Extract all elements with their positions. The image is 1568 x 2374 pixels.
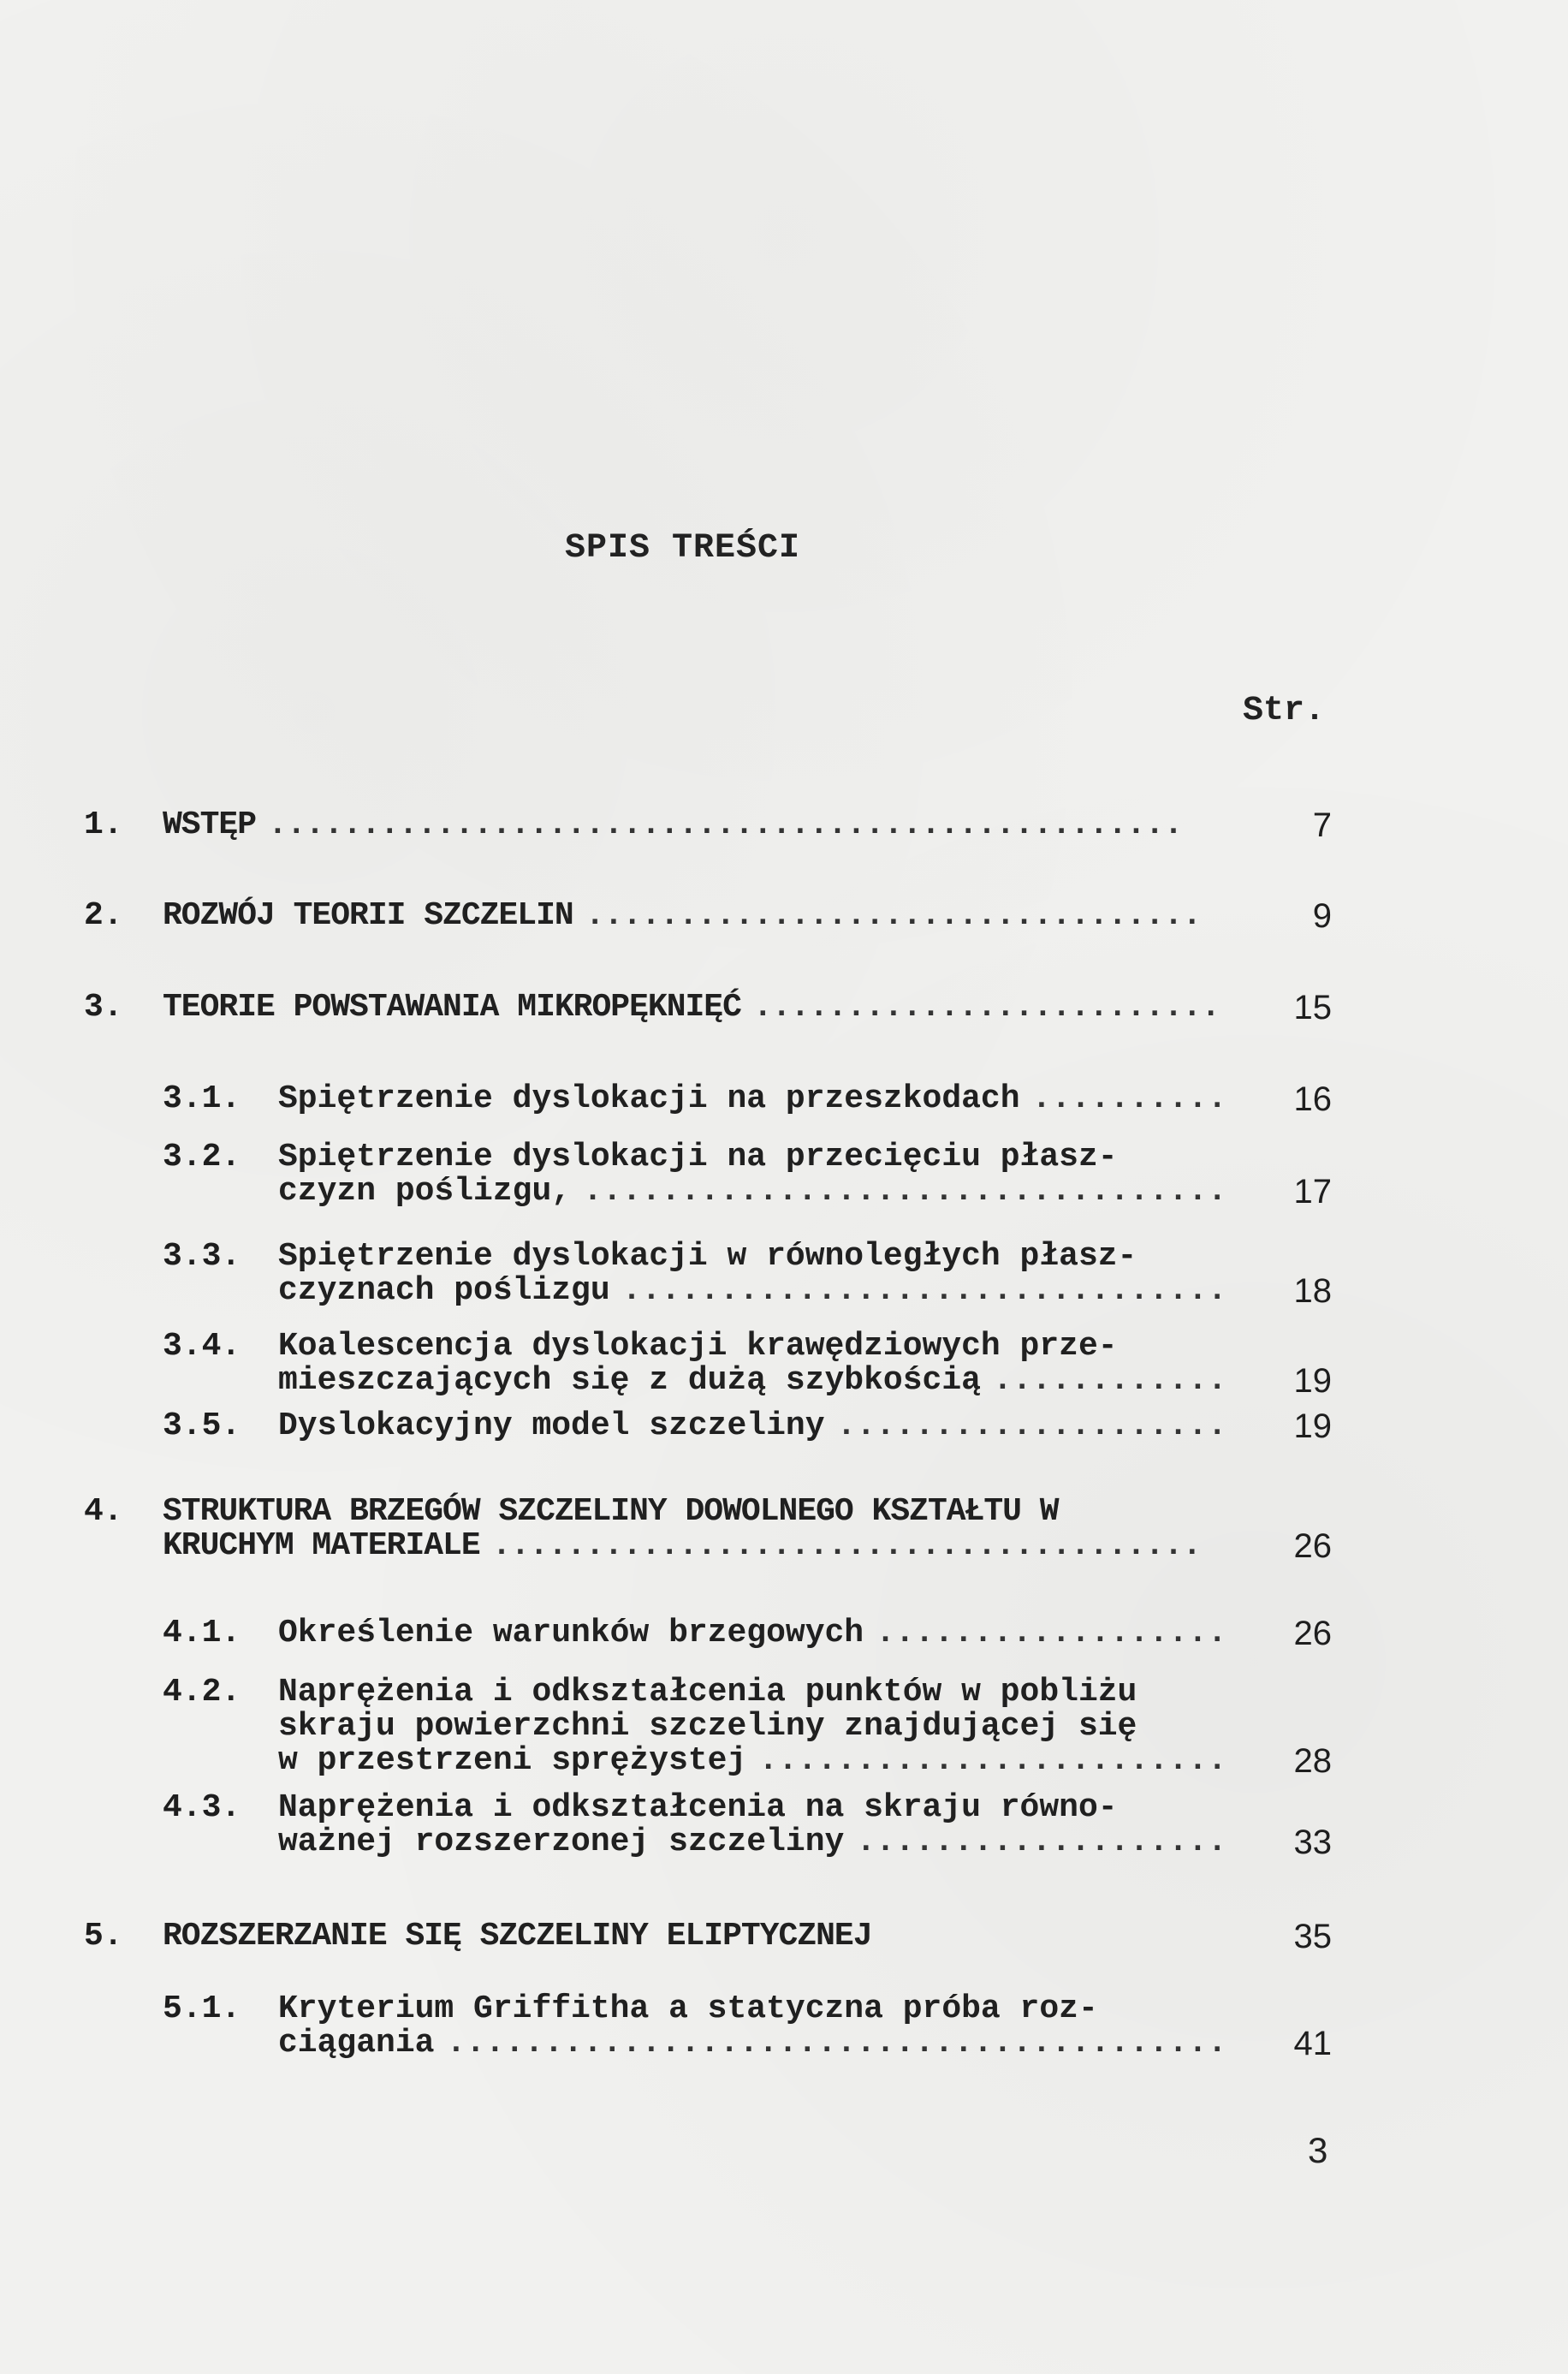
toc-entry-page: 17 <box>1263 1173 1332 1211</box>
toc-entry-title: Kryterium Griffitha a statyczna próba ro… <box>278 1990 1098 2028</box>
toc-entry-title: KRUCHYM MATERIALE <box>163 1527 480 1565</box>
toc-entry-page: 28 <box>1263 1742 1332 1780</box>
leader-dots: ........................................… <box>268 806 1245 844</box>
toc-entry-page: 26 <box>1263 1527 1332 1565</box>
toc-entry-number: 3. <box>84 989 123 1026</box>
toc-entry-page: 9 <box>1263 897 1332 935</box>
leader-dots: ........................................ <box>446 2025 1245 2062</box>
toc-entry-number: 5.1. <box>163 1990 241 2028</box>
page-column-label: Str. <box>1243 692 1325 730</box>
leader-dots: ......................... <box>753 989 1245 1026</box>
leader-dots: ...................................... <box>492 1527 1245 1565</box>
toc-entry-title: ROZWÓJ TEORII SZCZELIN <box>163 897 573 935</box>
toc-entry-number: 1. <box>84 806 123 844</box>
toc-entry-title: WSTĘP <box>163 806 256 844</box>
toc-entry-title: skraju powierzchni szczeliny znajdującej… <box>278 1708 1137 1746</box>
toc-entry-title: STRUKTURA BRZEGÓW SZCZELINY DOWOLNEGO KS… <box>163 1493 1059 1531</box>
toc-entry-title: Spiętrzenie dyslokacji w równoległych pł… <box>278 1238 1137 1276</box>
toc-entry-page: 33 <box>1263 1824 1332 1861</box>
toc-entry-number: 3.5. <box>163 1407 241 1445</box>
toc-entry-page: 18 <box>1263 1272 1332 1310</box>
toc-entry-title: w przestrzeni sprężystej <box>278 1742 746 1780</box>
leader-dots: ........................ <box>758 1742 1245 1780</box>
toc-entry-page: 16 <box>1263 1080 1332 1118</box>
toc-entry-page: 41 <box>1263 2025 1332 2062</box>
page-title: SPIS TREŚCI <box>565 529 800 568</box>
toc-entry-title: Naprężenia i odkształcenia na skraju rów… <box>278 1789 1118 1827</box>
leader-dots: ............................... <box>622 1272 1245 1310</box>
leader-dots: .................... <box>837 1407 1245 1445</box>
toc-entry-number: 2. <box>84 897 123 935</box>
toc-entry-number: 4.1. <box>163 1615 241 1652</box>
toc-entry-title: ROZSZERZANIE SIĘ SZCZELINY ELIPTYCZNEJ <box>163 1918 872 1955</box>
toc-entry-page: 15 <box>1263 989 1332 1026</box>
toc-entry-page: 19 <box>1263 1362 1332 1400</box>
document-page: SPIS TREŚCI Str. 1.WSTĘP................… <box>0 0 1568 2374</box>
leader-dots: ................................. <box>585 897 1245 935</box>
leader-dots: .......... <box>1032 1080 1245 1118</box>
toc-entry-title: Określenie warunków brzegowych <box>278 1615 864 1652</box>
toc-entry-title: Dyslokacyjny model szczeliny <box>278 1407 825 1445</box>
toc-entry-number: 3.3. <box>163 1238 241 1276</box>
toc-entry-page: 35 <box>1263 1918 1332 1955</box>
leader-dots: ............ <box>993 1362 1245 1400</box>
leader-dots: .................. <box>876 1615 1245 1652</box>
toc-entry-number: 5. <box>84 1918 123 1955</box>
toc-entry-title: czyznach poślizgu <box>278 1272 610 1310</box>
leader-dots: ................... <box>856 1824 1245 1861</box>
toc-entry-title: TEORIE POWSTAWANIA MIKROPĘKNIĘĆ <box>163 989 741 1026</box>
toc-entry-title: Koalescencja dyslokacji krawędziowych pr… <box>278 1328 1118 1365</box>
toc-entry-page: 26 <box>1263 1615 1332 1652</box>
toc-entry-title: ciągania <box>278 2025 434 2062</box>
toc-entry-number: 3.2. <box>163 1139 241 1176</box>
toc-entry-number: 4.2. <box>163 1674 241 1711</box>
leader-dots: ................................. <box>583 1173 1245 1211</box>
toc-entry-number: 3.1. <box>163 1080 241 1118</box>
toc-entry-page: 19 <box>1263 1407 1332 1445</box>
toc-entry-number: 3.4. <box>163 1328 241 1365</box>
toc-entry-number: 4.3. <box>163 1789 241 1827</box>
toc-entry-title: Spiętrzenie dyslokacji na przeszkodach <box>278 1080 1020 1118</box>
toc-entry-page: 7 <box>1263 806 1332 844</box>
toc-entry-title: mieszczających się z dużą szybkością <box>278 1362 981 1400</box>
toc-entry-title: Spiętrzenie dyslokacji na przecięciu pła… <box>278 1139 1118 1176</box>
toc-entry-title: Naprężenia i odkształcenia punktów w pob… <box>278 1674 1137 1711</box>
toc-entry-title: czyzn poślizgu, <box>278 1173 571 1211</box>
toc-entry-number: 4. <box>84 1493 123 1531</box>
page-number: 3 <box>1308 2130 1327 2171</box>
toc-entry-title: ważnej rozszerzonej szczeliny <box>278 1824 844 1861</box>
